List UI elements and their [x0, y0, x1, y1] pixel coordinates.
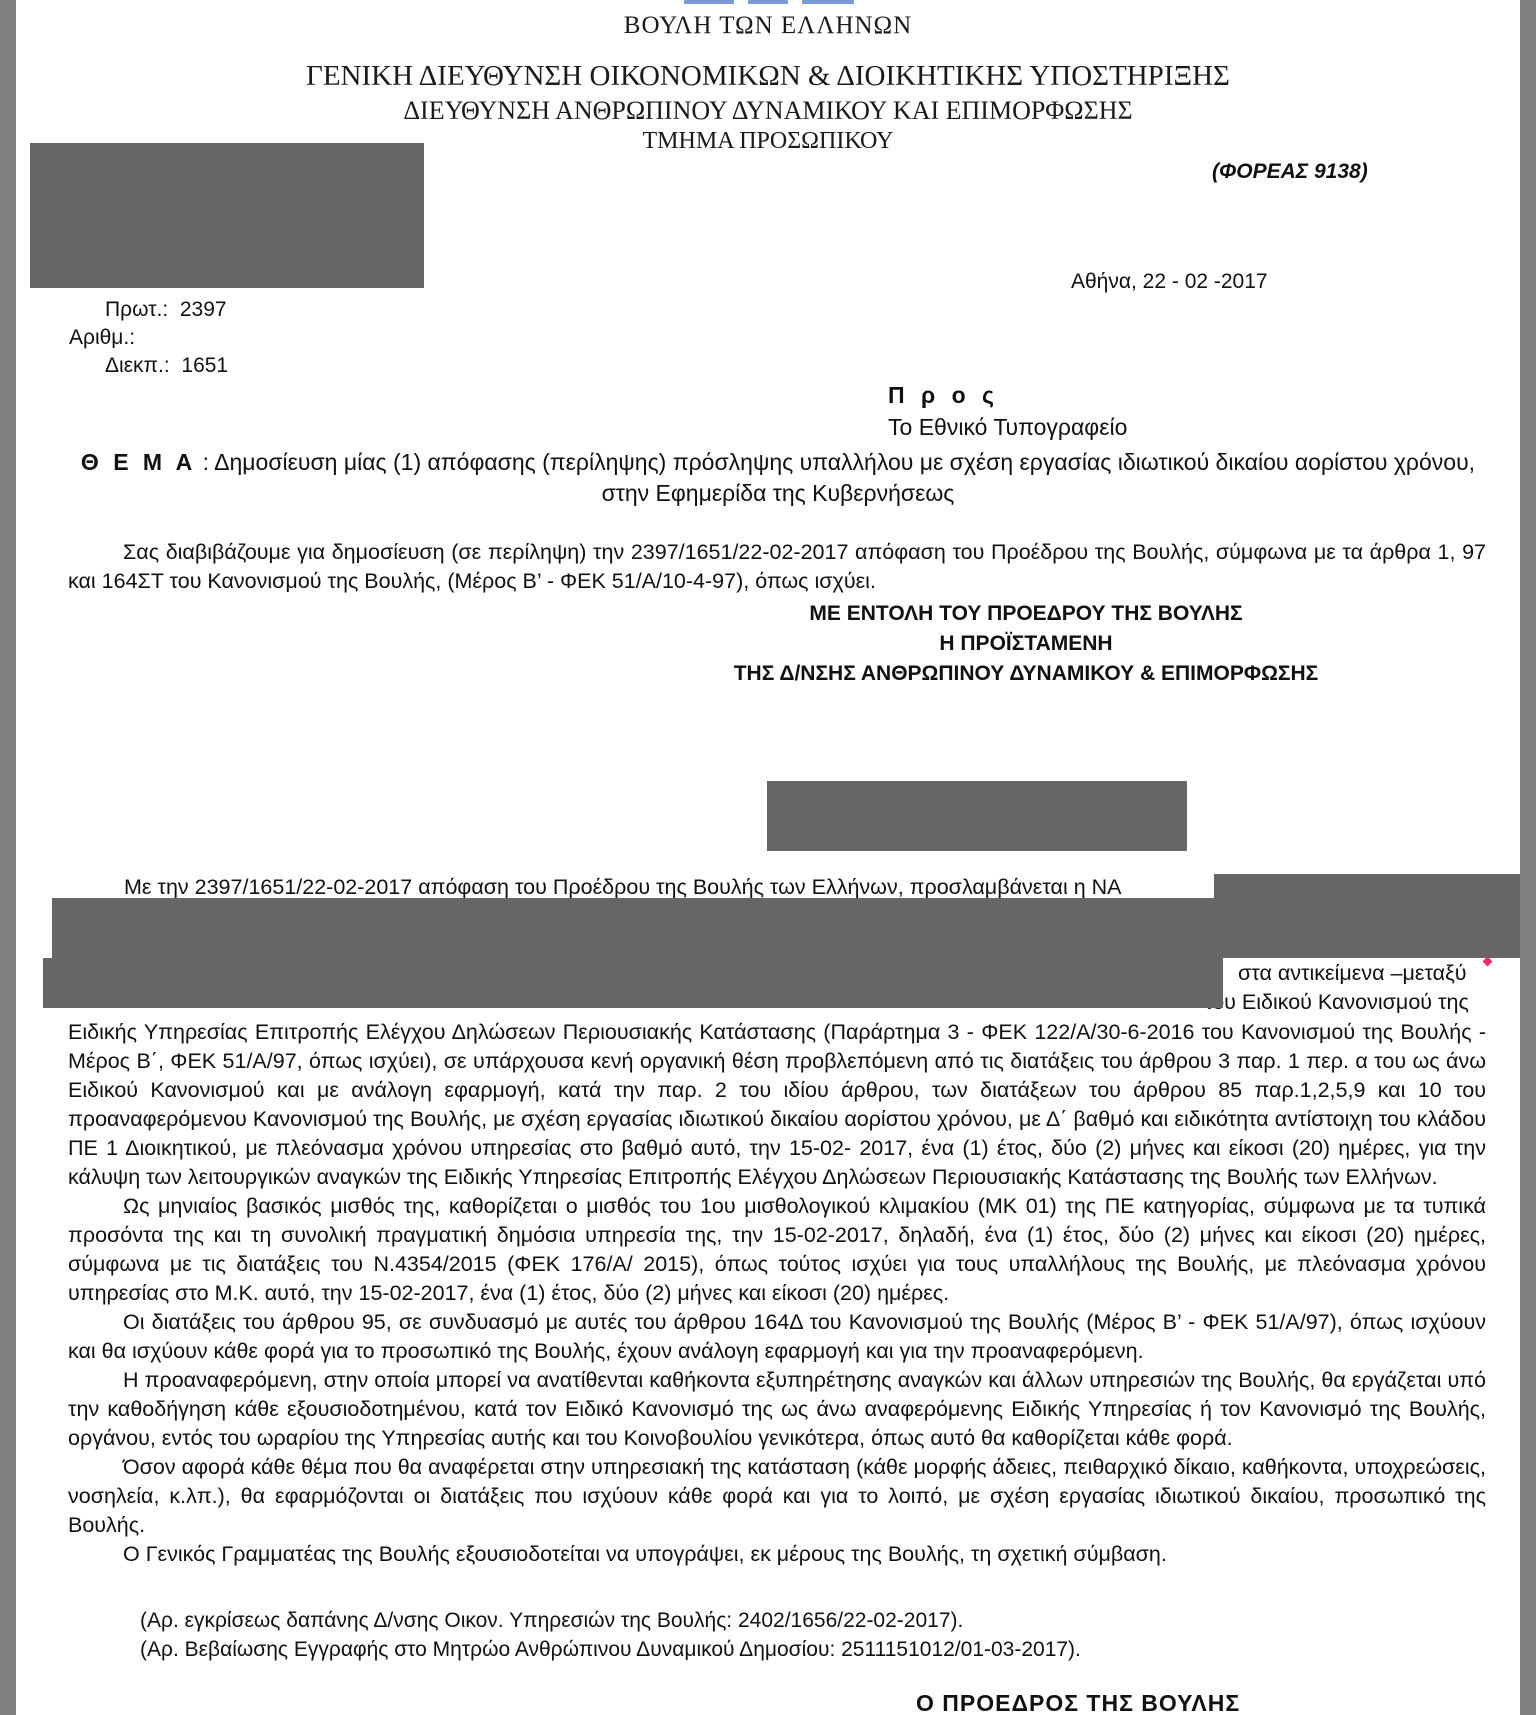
registry-note: (Αρ. Βεβαίωσης Εγγραφής στο Μητρώο Ανθρώ…	[140, 1635, 1081, 1664]
president-signature: Ο ΠΡΟΕΔΡΟΣ ΤΗΣ ΒΟΥΛΗΣ	[916, 1690, 1240, 1715]
signature-line-3: ΤΗΣ Δ/ΝΣΗΣ ΑΝΘΡΩΠΙΝΟΥ ΔΥΝΑΜΙΚΟΥ & ΕΠΙΜΟΡ…	[616, 659, 1436, 689]
subject-label: Θ Ε Μ Α	[81, 449, 196, 475]
decision-opening-text: Με την 2397/1651/22-02-2017 απόφαση του …	[124, 875, 1107, 899]
redaction-box	[43, 958, 1223, 1008]
decision-visible-fragment: στα αντικείμενα –μεταξύ	[1238, 961, 1466, 986]
institution-name: ΒΟΥΛΗ ΤΩΝ ΕΛΛΗΝΩΝ	[16, 12, 1520, 40]
redaction-box	[52, 898, 1520, 958]
directorate: ΔΙΕΥΘΥΝΣΗ ΑΝΘΡΩΠΙΝΟΥ ΔΥΝΑΜΙΚΟΥ ΚΑΙ ΕΠΙΜΟ…	[16, 96, 1520, 126]
dispatch-value: 1651	[181, 354, 228, 377]
protocol-label: Πρωτ.:	[105, 298, 168, 321]
decision-paragraph-4: Η προαναφερόμενη, στην οποία μπορεί να α…	[68, 1366, 1486, 1453]
protocol-line: Πρωτ.: 2397	[105, 298, 227, 322]
recipient-label: Π ρ ο ς	[888, 382, 999, 409]
cover-letter: Σας διαβιβάζουμε για δημοσίευση (σε περί…	[68, 538, 1486, 596]
subject-line: Θ Ε Μ Α : Δημοσίευση μίας (1) απόφασης (…	[68, 447, 1488, 509]
redaction-box	[767, 781, 1187, 851]
decision-paragraph-1: Ειδικής Υπηρεσίας Επιτροπής Ελέγχου Δηλώ…	[68, 1018, 1486, 1192]
subject-text: : Δημοσίευση μίας (1) απόφασης (περίληψη…	[203, 449, 1475, 506]
number-label: Αριθμ.:	[69, 326, 135, 350]
document-date: Αθήνα, 22 - 02 -2017	[1071, 270, 1268, 294]
document-page: ΒΟΥΛΗ ΤΩΝ ΕΛΛΗΝΩΝ ΓΕΝΙΚΗ ΔΙΕΥΘΥΝΣΗ ΟΙΚΟΝ…	[16, 0, 1520, 1715]
foreas-code: (ΦΟΡΕΑΣ 9138)	[1212, 160, 1368, 184]
redaction-box	[1214, 874, 1520, 904]
directorate-general: ΓΕΝΙΚΗ ΔΙΕΥΘΥΝΣΗ ΟΙΚΟΝΟΜΙΚΩΝ & ΔΙΟΙΚΗΤΙΚ…	[16, 60, 1520, 93]
decision-line-end: του Ειδικού Κανονισμού της	[1204, 990, 1469, 1015]
pink-scribble-mark	[1483, 957, 1493, 967]
decision-paragraph-5: Όσον αφορά κάθε θέμα που θα αναφέρεται σ…	[68, 1453, 1486, 1540]
decision-opening-tail: Α	[1107, 875, 1121, 899]
budget-approval-note: (Αρ. εγκρίσεως δαπάνης Δ/νσης Οικον. Υπη…	[140, 1606, 963, 1635]
redaction-box	[30, 143, 424, 288]
dispatch-label: Διεκπ.:	[105, 354, 170, 377]
decision-paragraph-6: Ο Γενικός Γραμματέας της Βουλής εξουσιοδ…	[68, 1540, 1486, 1569]
signature-line-1: ΜΕ ΕΝΤΟΛΗ ΤΟΥ ΠΡΟΕΔΡΟΥ ΤΗΣ ΒΟΥΛΗΣ	[616, 599, 1436, 629]
decision-paragraph-3: Οι διατάξεις του άρθρου 95, σε συνδυασμό…	[68, 1308, 1486, 1366]
dispatch-line: Διεκπ.: 1651	[105, 354, 228, 378]
recipient-name: Το Εθνικό Τυπογραφείο	[888, 414, 1127, 441]
signature-line-2: Η ΠΡΟΪΣΤΑΜΕΝΗ	[616, 629, 1436, 659]
protocol-value: 2397	[180, 298, 227, 321]
cover-letter-text: Σας διαβιβάζουμε για δημοσίευση (σε περί…	[68, 540, 1486, 593]
decision-paragraph-2: Ως μηνιαίος βασικός μισθός της, καθορίζε…	[68, 1192, 1486, 1308]
signature-block: ΜΕ ΕΝΤΟΛΗ ΤΟΥ ΠΡΟΕΔΡΟΥ ΤΗΣ ΒΟΥΛΗΣ Η ΠΡΟΪ…	[616, 599, 1436, 689]
parliament-emblem-icon	[684, 0, 854, 4]
